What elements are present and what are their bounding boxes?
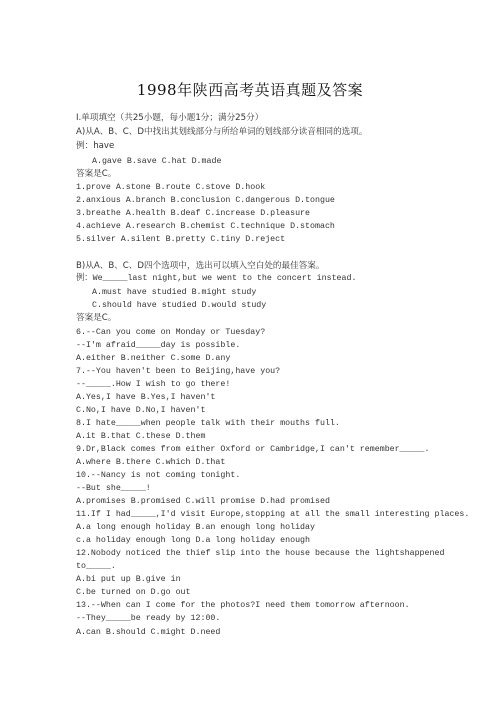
question-line: C.No,I have D.No,I haven't	[76, 405, 205, 417]
document-title: 1998年陕西高考英语真题及答案	[0, 79, 500, 100]
question-line: A.it B.that C.these D.them	[76, 431, 205, 443]
question-line: A.Yes,I have B.Yes,I haven't	[76, 392, 215, 404]
question-line: C.be turned on D.go out	[76, 587, 191, 599]
question-line: A.promises B.promised C.will promise D.h…	[76, 496, 330, 508]
question-line: A.either B.neither C.some D.any	[76, 353, 230, 365]
question-line: 11.If I had_____,I'd visit Europe,stoppi…	[76, 509, 469, 521]
part-a-example-answer: 答案是C。	[76, 168, 116, 180]
question-line: 12.Nobody noticed the thief slip into th…	[76, 548, 444, 560]
question-line: A.bi put up B.give in	[76, 574, 181, 586]
question-line: 3.breathe A.health B.deaf C.increase D.p…	[76, 208, 310, 220]
question-line: --They_____be ready by 12:00.	[76, 613, 220, 625]
question-line: --But she_____!	[76, 483, 151, 495]
part-b-example-label: 例：We_____last night,but we went to the c…	[76, 273, 356, 285]
question-line: 9.Dr,Black comes from either Oxford or C…	[76, 444, 430, 456]
question-line: A.a long enough holiday B.an enough long…	[76, 522, 315, 534]
question-line: 10.--Nancy is not coming tonight.	[76, 470, 240, 482]
question-line: 13.--When can I come for the photos?I ne…	[76, 600, 410, 612]
question-line: 5.silver A.silent B.pretty C.tiny D.reje…	[76, 234, 285, 246]
part-a-instruction: A)从A、B、C、D中找出其划线部分与所给单词的划线部分读音相同的选项。	[76, 126, 367, 138]
question-line: 2.anxious A.branch B.conclusion C.danger…	[76, 195, 335, 207]
question-line: 7.--You haven't been to Beijing,have you…	[76, 366, 280, 378]
question-line: 1.prove A.stone B.route C.stove D.hook	[76, 182, 265, 194]
question-line: A.can B.should C.might D.need	[76, 627, 220, 639]
question-line: 6.--Can you come on Monday or Tuesday?	[76, 327, 265, 339]
part-a-example-label: 例：have	[76, 140, 114, 152]
question-line: --_____.How I wish to go there!	[76, 379, 230, 391]
part-b-example-answer: 答案是C。	[76, 312, 116, 324]
part-b-instruction: B)从A、B、C、D四个选项中，选出可以填入空白处的最佳答案。	[76, 260, 325, 272]
part-b-example-options: C.should have studied D.would study	[92, 300, 266, 312]
question-line: to_____.	[76, 561, 116, 573]
question-line: A.where B.there C.which D.that	[76, 457, 225, 469]
question-line: 8.I hate_____when people talk with their…	[76, 418, 340, 430]
question-line: 4.achieve A.research B.chemist C.techniq…	[76, 221, 335, 233]
question-line: c.a holiday enough long D.a long holiday…	[76, 535, 310, 547]
section-header: Ⅰ.单项填空（共25小题，每小题1分；满分25分）	[76, 112, 263, 124]
part-a-example-options: A.gave B.save C.hat D.made	[92, 156, 221, 168]
part-b-example-options: A.must have studied B.might study	[92, 287, 256, 299]
question-line: --I'm afraid_____day is possible.	[76, 340, 240, 352]
